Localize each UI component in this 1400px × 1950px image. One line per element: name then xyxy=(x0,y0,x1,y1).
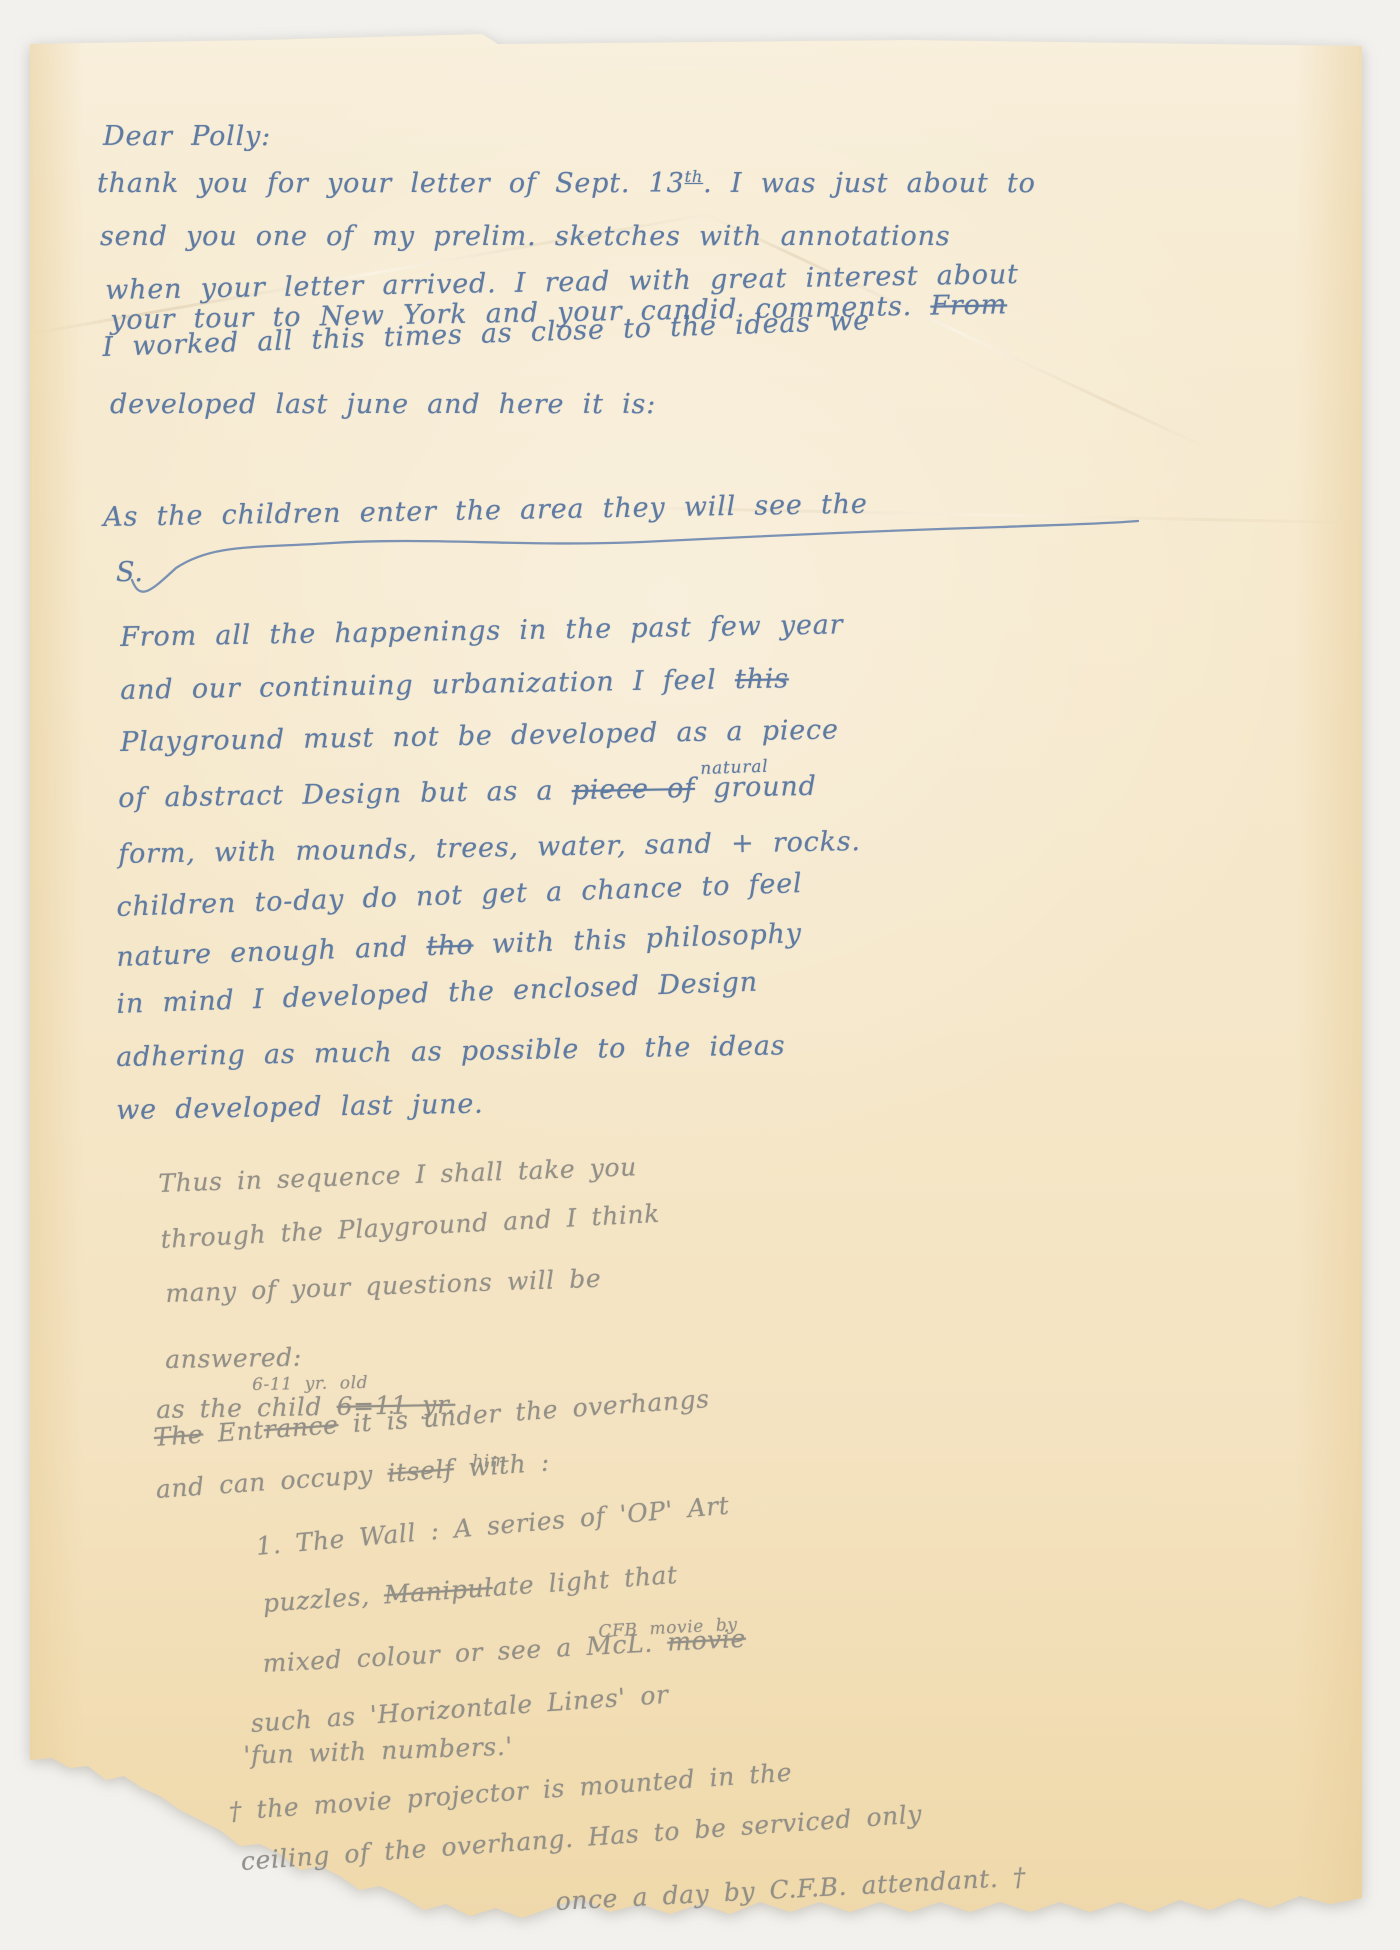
struck-out-text: The xyxy=(153,1420,204,1452)
text-segment: many of your questions will be xyxy=(165,1264,602,1308)
text-segment: send you one of my prelim. sketches with… xyxy=(100,221,950,252)
handwritten-line: send you one of my prelim. sketches with… xyxy=(100,222,950,252)
text-segment: thank you for your letter of Sept. 13 xyxy=(97,168,685,199)
text-segment: Playground must not be developed as a pi… xyxy=(120,714,839,758)
text-segment: ground xyxy=(695,771,817,804)
handwriting-layer: Dear Polly:thank you for your letter of … xyxy=(0,0,1400,1950)
struck-out-text: this xyxy=(735,663,789,695)
handwritten-line: Playground must not be developed as a pi… xyxy=(120,715,839,757)
text-segment: 'fun with numbers.' xyxy=(243,1732,513,1770)
handwritten-line: adhering as much as possible to the idea… xyxy=(116,1031,786,1072)
handwritten-line: such as 'Horizontale Lines' or xyxy=(250,1681,669,1738)
handwritten-line: Thus in sequence I shall take you xyxy=(158,1153,637,1197)
text-segment: with this philosophy xyxy=(473,918,802,960)
text-segment: through the Playground and I think xyxy=(160,1199,661,1254)
handwritten-line: S. xyxy=(116,558,144,588)
text-segment: Dear Polly: xyxy=(103,121,271,152)
handwritten-line: answered: xyxy=(165,1344,302,1374)
text-segment: such as 'Horizontale Lines' or xyxy=(250,1680,670,1738)
handwritten-line: once a day by C.F.B. attendant. † xyxy=(555,1863,1027,1915)
text-segment: ate light that xyxy=(492,1560,679,1602)
text-segment: answered: xyxy=(165,1343,302,1374)
handwritten-line: puzzles, Manipulate light that xyxy=(262,1561,678,1617)
struck-out-text: rance xyxy=(263,1410,340,1444)
handwritten-line: developed last june and here it is: xyxy=(110,390,656,420)
handwritten-line: through the Playground and I think xyxy=(160,1200,661,1254)
text-segment: As the children enter the area they will… xyxy=(103,489,868,533)
handwritten-line: and our continuing urbanization I feel t… xyxy=(120,664,789,705)
text-segment: Ent xyxy=(202,1415,265,1448)
text-segment: in mind I developed the enclosed Design xyxy=(116,967,758,1020)
text-segment: puzzles, xyxy=(262,1581,385,1618)
text-segment: developed last june and here it is: xyxy=(110,389,656,420)
handwritten-line: and can occupy itself with : xyxy=(155,1448,551,1503)
handwritten-line: in mind I developed the enclosed Design xyxy=(116,968,758,1020)
handwritten-line: children to-day do not get a chance to f… xyxy=(116,869,803,923)
handwritten-line: Dear Polly: xyxy=(103,122,271,152)
handwritten-line: we developed last june. xyxy=(116,1090,484,1126)
scanned-letter-photo: Dear Polly:thank you for your letter of … xyxy=(0,0,1400,1950)
handwritten-line: nature enough and tho with this philosop… xyxy=(116,919,802,973)
text-segment: we developed last june. xyxy=(116,1089,484,1126)
handwritten-line: mixed colour or see a McL. movie xyxy=(262,1625,747,1678)
text-segment: nature enough and xyxy=(116,931,427,973)
struck-out-text: itself xyxy=(387,1454,455,1488)
handwritten-line: of abstract Design but as a piece of gro… xyxy=(118,772,817,814)
text-segment: children to-day do not get a chance to f… xyxy=(116,868,803,923)
struck-out-text: tho xyxy=(426,930,474,963)
handwritten-line: thank you for your letter of Sept. 13th.… xyxy=(97,168,1036,199)
struck-out-text: Manipul xyxy=(383,1573,494,1610)
struck-out-text: movie xyxy=(667,1624,747,1657)
text-segment: and can occupy xyxy=(155,1459,389,1504)
handwritten-line: As the children enter the area they will… xyxy=(103,490,868,533)
text-segment: with : xyxy=(453,1447,551,1483)
struck-out-text: From xyxy=(930,289,1007,321)
text-segment: of abstract Design but as a xyxy=(118,775,572,814)
handwritten-line: 'fun with numbers.' xyxy=(243,1733,513,1770)
text-segment: form, with mounds, trees, water, sand + … xyxy=(118,826,861,870)
text-segment: once a day by C.F.B. attendant. † xyxy=(555,1862,1027,1916)
text-segment: mixed colour or see a McL. xyxy=(262,1628,668,1678)
handwritten-line: form, with mounds, trees, water, sand + … xyxy=(118,827,861,870)
struck-out-text: piece of xyxy=(571,773,695,806)
text-segment: Thus in sequence I shall take you xyxy=(158,1152,637,1198)
text-segment: th xyxy=(685,167,704,186)
text-segment: From all the happenings in the past few … xyxy=(120,609,844,653)
text-segment: and our continuing urbanization I feel xyxy=(120,664,735,706)
handwritten-line: 1. The Wall : A series of 'OP' Art xyxy=(255,1492,730,1561)
text-segment: 1. The Wall : A series of 'OP' Art xyxy=(255,1491,731,1561)
handwritten-line: many of your questions will be xyxy=(165,1265,602,1308)
text-segment: S. xyxy=(116,557,144,588)
text-segment: adhering as much as possible to the idea… xyxy=(116,1030,786,1073)
text-segment: . I was just about to xyxy=(703,168,1035,199)
handwritten-line: From all the happenings in the past few … xyxy=(120,610,844,652)
